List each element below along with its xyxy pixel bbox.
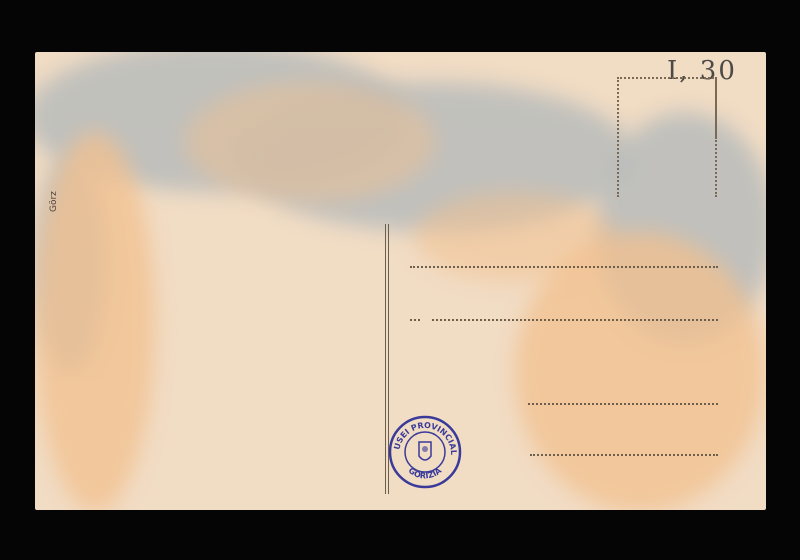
stain: [415, 192, 615, 282]
address-line: [528, 403, 718, 405]
svg-text:GORIZIA: GORIZIA: [407, 466, 444, 481]
address-line: [410, 266, 718, 268]
stamp-box: [617, 77, 717, 197]
stain: [185, 82, 435, 202]
stain: [35, 132, 155, 510]
postcard-back: Görz I, 30 MUSEI PROVINCIALI GORIZIA: [35, 52, 766, 510]
museum-seal-stamp: MUSEI PROVINCIALI GORIZIA: [387, 414, 463, 490]
address-line: [410, 319, 420, 321]
address-line: [530, 454, 718, 456]
publisher-mark: Görz: [49, 191, 59, 212]
address-line: [432, 319, 718, 321]
